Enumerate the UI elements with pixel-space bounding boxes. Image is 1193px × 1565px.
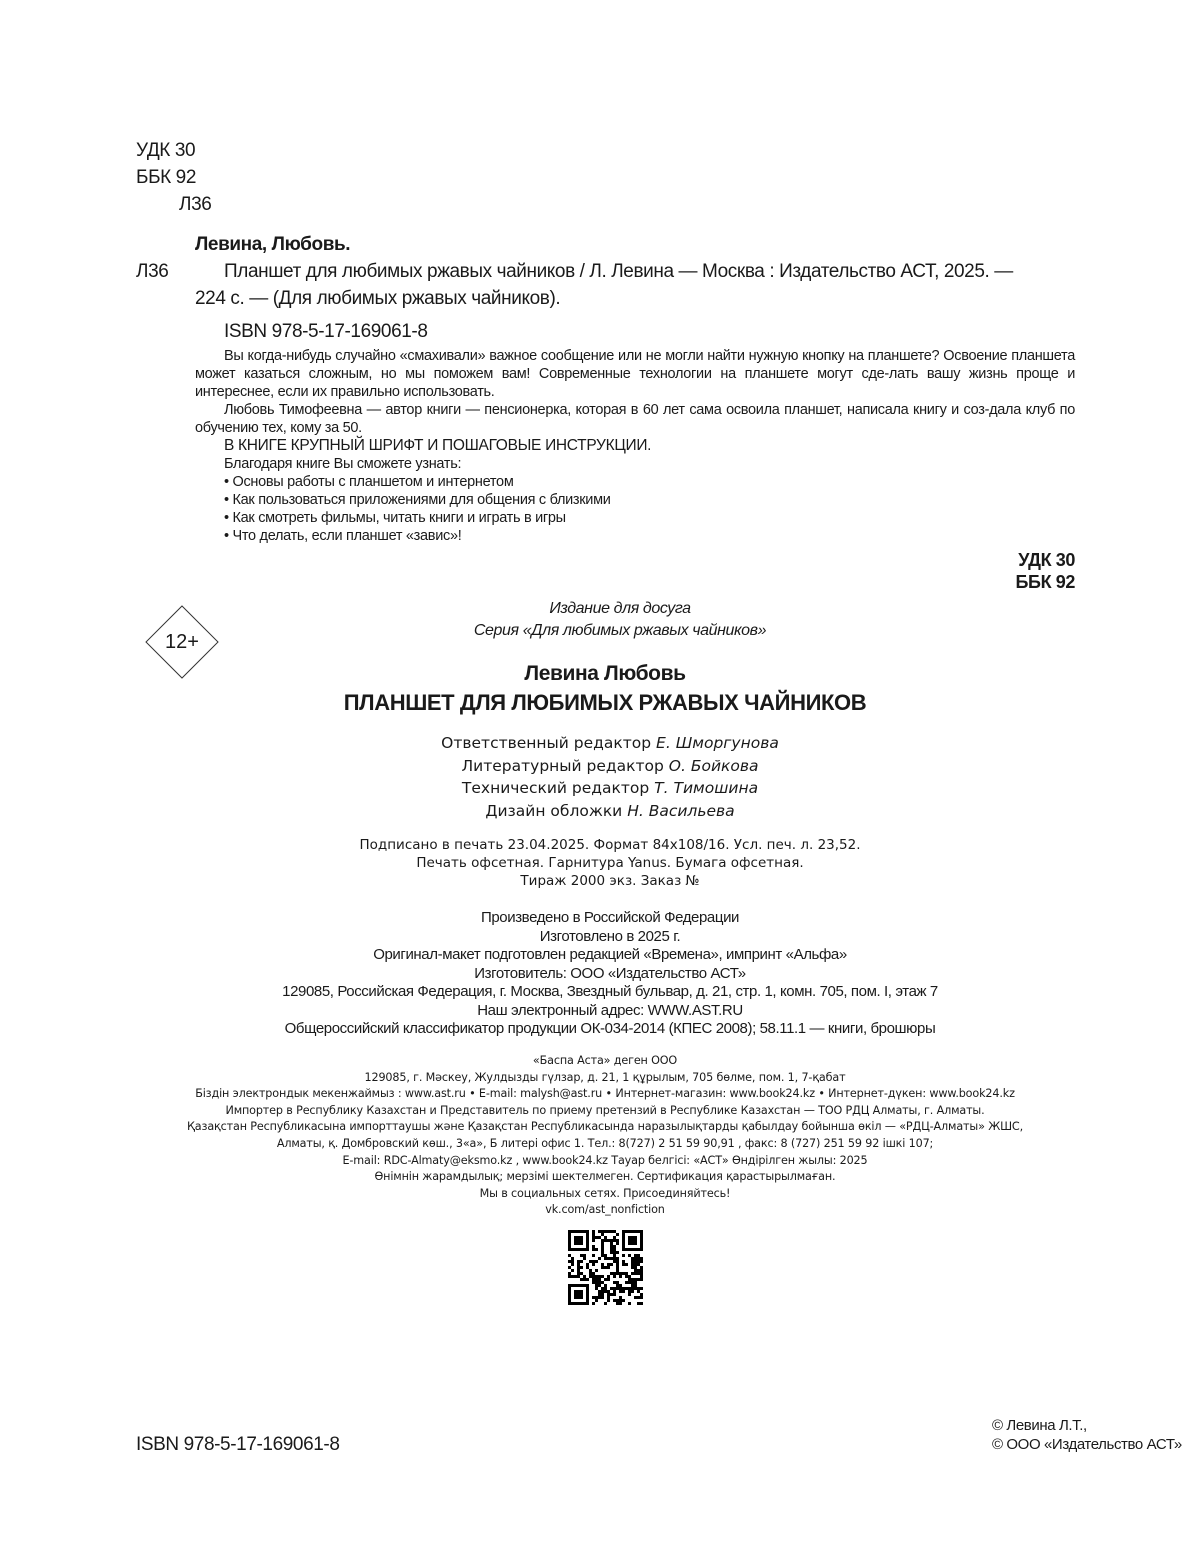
production-line: Оригинал-макет подготовлен редакцией «Вр…	[200, 946, 1020, 965]
catalog-sign: Л36	[136, 258, 168, 285]
edition-series: Серия «Для любимых ржавых чайников»	[300, 620, 940, 642]
print-info-line: Тираж 2000 экз. Заказ №	[300, 872, 920, 890]
copyright-author: © Левина Л.Т.,	[992, 1416, 1182, 1435]
list-item: • Основы работы с планшетом и интернетом	[195, 473, 1075, 491]
edition-title: ПЛАНШЕТ ДЛЯ ЛЮБИМЫХ РЖАВЫХ ЧАЙНИКОВ	[280, 688, 930, 717]
kazakh-info: «Баспа Аста» деген ООО 129085, г. Мәскеу…	[100, 1053, 1110, 1219]
right-codes: УДК 30 ББК 92	[1016, 549, 1075, 593]
udk-code: УДК 30	[136, 137, 195, 164]
kazakh-line: «Баспа Аста» деген ООО	[100, 1053, 1110, 1070]
production-line: Наш электронный адрес: WWW.AST.RU	[200, 1002, 1020, 1021]
qr-code-icon[interactable]	[568, 1230, 643, 1305]
footer-isbn: ISBN 978-5-17-169061-8	[136, 1432, 340, 1458]
kazakh-line: Мы в социальных сетях. Присоединяйтесь!	[100, 1186, 1110, 1203]
kazakh-line: Алматы, қ. Домбровский көш., 3«а», Б лит…	[100, 1136, 1110, 1153]
kazakh-line: Импортер в Республику Казахстан и Предст…	[100, 1103, 1110, 1120]
kazakh-line: Біздін электрондык мекенжаймыз : www.ast…	[100, 1086, 1110, 1103]
catalog-author: Левина, Любовь.	[195, 231, 350, 258]
production-line: 129085, Российская Федерация, г. Москва,…	[200, 983, 1020, 1002]
edition-author: Левина Любовь	[300, 660, 910, 688]
bbk-code-right: ББК 92	[1016, 571, 1075, 593]
credit-line: Литературный редактор О. Бойкова	[330, 755, 890, 778]
kazakh-line: Қазақстан Республикасына импорттаушы жән…	[100, 1119, 1110, 1136]
production-line: Общероссийский классификатор продукции О…	[200, 1020, 1020, 1039]
print-info-line: Печать офсетная. Гарнитура Yanus. Бумага…	[300, 854, 920, 872]
annotation-caps: В КНИГЕ КРУПНЫЙ ШРИФТ И ПОШАГОВЫЕ ИНСТРУ…	[195, 437, 1075, 455]
credit-line: Технический редактор Т. Тимошина	[330, 777, 890, 800]
credit-line: Дизайн обложки Н. Васильева	[330, 800, 890, 823]
copyright: © Левина Л.Т., © ООО «Издательство АСТ»	[992, 1416, 1182, 1454]
print-info-line: Подписано в печать 23.04.2025. Формат 84…	[300, 836, 920, 854]
udk-code-right: УДК 30	[1016, 549, 1075, 571]
production-info: Произведено в Российской Федерации Изгот…	[200, 909, 1020, 1039]
kazakh-line: E-mail: RDC-Almaty@eksmo.kz , www.book24…	[100, 1153, 1110, 1170]
age-rating-text: 12+	[145, 605, 219, 679]
author-sign: Л36	[179, 191, 211, 218]
catalog-title-line1: Планшет для любимых ржавых чайников / Л.…	[224, 258, 1013, 285]
annotation: Вы когда-нибудь случайно «смахивали» важ…	[195, 347, 1075, 545]
copyright-publisher: © ООО «Издательство АСТ»	[992, 1435, 1182, 1454]
production-line: Изготовитель: ООО «Издательство АСТ»	[200, 965, 1020, 984]
kazakh-line: Өнімнін жарамдылық; мерзімі шектелмеген.…	[100, 1169, 1110, 1186]
social-link[interactable]: vk.com/ast_nonfiction	[100, 1202, 1110, 1219]
list-item: • Что делать, если планшет «завис»!	[195, 527, 1075, 545]
edition-type: Издание для досуга	[300, 598, 940, 620]
bbk-code: ББК 92	[136, 164, 196, 191]
annotation-paragraph: Вы когда-нибудь случайно «смахивали» важ…	[195, 347, 1075, 401]
credits: Ответственный редактор Е. Шморгунова Лит…	[330, 732, 890, 822]
catalog-title-line2: 224 с. — (Для любимых ржавых чайников).	[195, 285, 560, 312]
production-line: Произведено в Российской Федерации	[200, 909, 1020, 928]
list-item: • Как смотреть фильмы, читать книги и иг…	[195, 509, 1075, 527]
annotation-list-intro: Благодаря книге Вы сможете узнать:	[195, 455, 1075, 473]
catalog-isbn: ISBN 978-5-17-169061-8	[224, 318, 428, 345]
credit-line: Ответственный редактор Е. Шморгунова	[330, 732, 890, 755]
kazakh-line: 129085, г. Мәскеу, Жулдызды гүлзар, д. 2…	[100, 1070, 1110, 1087]
production-line: Изготовлено в 2025 г.	[200, 928, 1020, 947]
age-rating-badge: 12+	[145, 605, 219, 679]
list-item: • Как пользоваться приложениями для обще…	[195, 491, 1075, 509]
annotation-paragraph: Любовь Тимофеевна — автор книги — пенсио…	[195, 401, 1075, 437]
print-info: Подписано в печать 23.04.2025. Формат 84…	[300, 836, 920, 890]
